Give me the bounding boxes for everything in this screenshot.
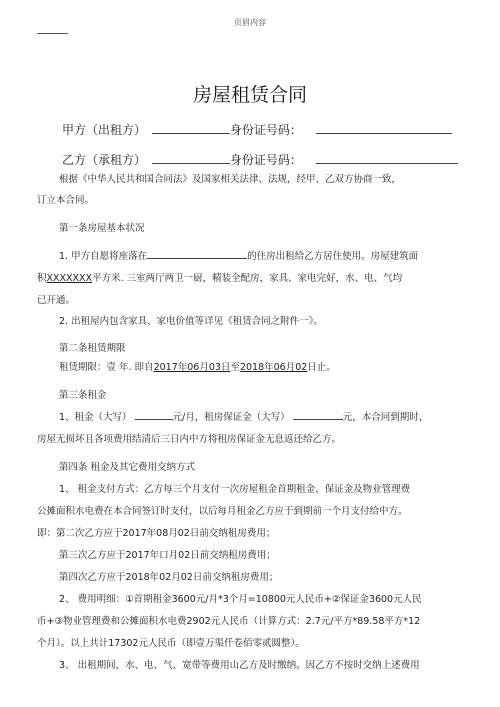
article4-item2-line3: 个月）。以上共计17302元人民币（即壹万渠仟卷佰零贰圆整）。	[37, 635, 305, 649]
article3-heading: 第三条租金	[59, 387, 107, 401]
area-prefix: 积	[37, 273, 47, 284]
article4-item1-line4: 第三次乙方应于2017年口月02日前交纳租房费用；	[59, 547, 276, 561]
party-b-label: 乙方（承租方）	[62, 153, 146, 167]
party-a-id-field[interactable]	[316, 123, 452, 134]
article4-item1-line3: 即：第二次乙方应于2017年08月02日前交纳租房费用；	[37, 525, 275, 539]
article1-item2: 2. 出租屋内包含家具、家电价值等详见《租赁合同之附件一》。	[59, 313, 323, 327]
article1-item1-line3: 已开通。	[37, 292, 75, 306]
area-suffix: 平方米. 三室两厅两卫一厨，精装全配房，家具、家电完好，水、电、气均	[92, 273, 402, 284]
party-b-name-field[interactable]	[152, 153, 230, 164]
document-title: 房屋租赁合同	[0, 80, 500, 107]
party-b-line: 乙方（承租方） 身份证号码：	[62, 151, 458, 168]
article3-line1: 1、租金（大写）元/月，租房保证金（大写）元，本合同到期时，	[59, 409, 428, 423]
article1-item1-line2: 积XXXXXXX平方米. 三室两厅两卫一厨，精装全配房，家具、家电完好，水、电、…	[37, 270, 402, 284]
article4-item2-line2: 币+③物业管理费和公摊面积水电费2902元人民币（计算方式：2.7元/平方*89…	[37, 613, 420, 627]
party-a-label: 甲方（出租方）	[62, 123, 146, 137]
party-a-id-label: 身份证号码：	[230, 123, 302, 137]
article4-item1-line5: 第四次乙方应于2018年02月02日前交纳租房费用；	[59, 569, 278, 583]
property-location-field[interactable]	[147, 248, 247, 259]
article4-item2-line1: 2、 费用明细：①首期租金3600元/月*3个月=10800元人民币+②保证金3…	[59, 591, 422, 605]
article2-term: 租赁期限：壹 年. 即自2017年06月03日至2018年06月02日止。	[59, 359, 336, 373]
term-suffix: 日止。	[307, 362, 336, 373]
area-value: XXXXXXX	[47, 273, 93, 284]
article1-heading: 第一条房屋基本状况	[59, 220, 145, 234]
article4-heading: 第四条 租金及其它费用交纳方式	[59, 459, 195, 473]
party-b-id-label: 身份证号码：	[230, 153, 302, 167]
deposit-label: 元/月，租房保证金（大写）	[173, 412, 290, 423]
party-b-id-field[interactable]	[316, 153, 458, 164]
article4-item1-line2: 公摊面积水电费在本合同签订时支付，以后每月租金乙方应于到期前一个月支付给中方。	[37, 503, 408, 517]
article1-item1-line1: 1. 甲方自愿将座落在的住房出租给乙方居住使用。房屋建筑面	[59, 248, 418, 262]
deposit-amount-field[interactable]	[293, 409, 343, 420]
preamble-line2: 订立本合同。	[37, 192, 94, 206]
article4-item1-line1: 1、 租金支付方式：乙方每三个月支付一次房屋租金首期租金、保证金及物业管理费	[59, 481, 410, 495]
article2-heading: 第二条租赁期限	[59, 340, 126, 354]
header-rule	[37, 33, 68, 34]
party-a-line: 甲方（出租方） 身份证号码：	[62, 121, 452, 138]
preamble-line1: 根据《中华人民共和国合同法》及国家相关法律、法规，经甲、乙双方协商一致，	[59, 171, 401, 185]
page-header-text: 页眉内容	[0, 17, 500, 28]
article3-line2: 房屋无损坏且各项费用结清后三日内中方将租房保证金无息返还给乙方。	[37, 431, 341, 445]
party-a-name-field[interactable]	[152, 123, 230, 134]
article3-line1-suffix: 元，本合同到期时，	[343, 412, 429, 423]
rent-label: 1、租金（大写）	[59, 412, 132, 423]
term-prefix: 租赁期限：壹 年. 即自	[59, 362, 154, 373]
start-date: 2017年06月03日	[154, 362, 231, 373]
end-date: 2018年06月02	[240, 362, 307, 373]
article1-item1-suffix: 的住房出租给乙方居住使用。房屋建筑面	[247, 251, 418, 262]
article4-item3-line1: 3、 出租期间，水、电、气、宽带等费用山乙方及时缴纳。因乙方不按时交纳上述费用	[59, 657, 420, 671]
article1-item1-prefix: 1. 甲方自愿将座落在	[59, 251, 147, 262]
rent-amount-field[interactable]	[135, 409, 173, 420]
term-mid: 至	[230, 362, 240, 373]
